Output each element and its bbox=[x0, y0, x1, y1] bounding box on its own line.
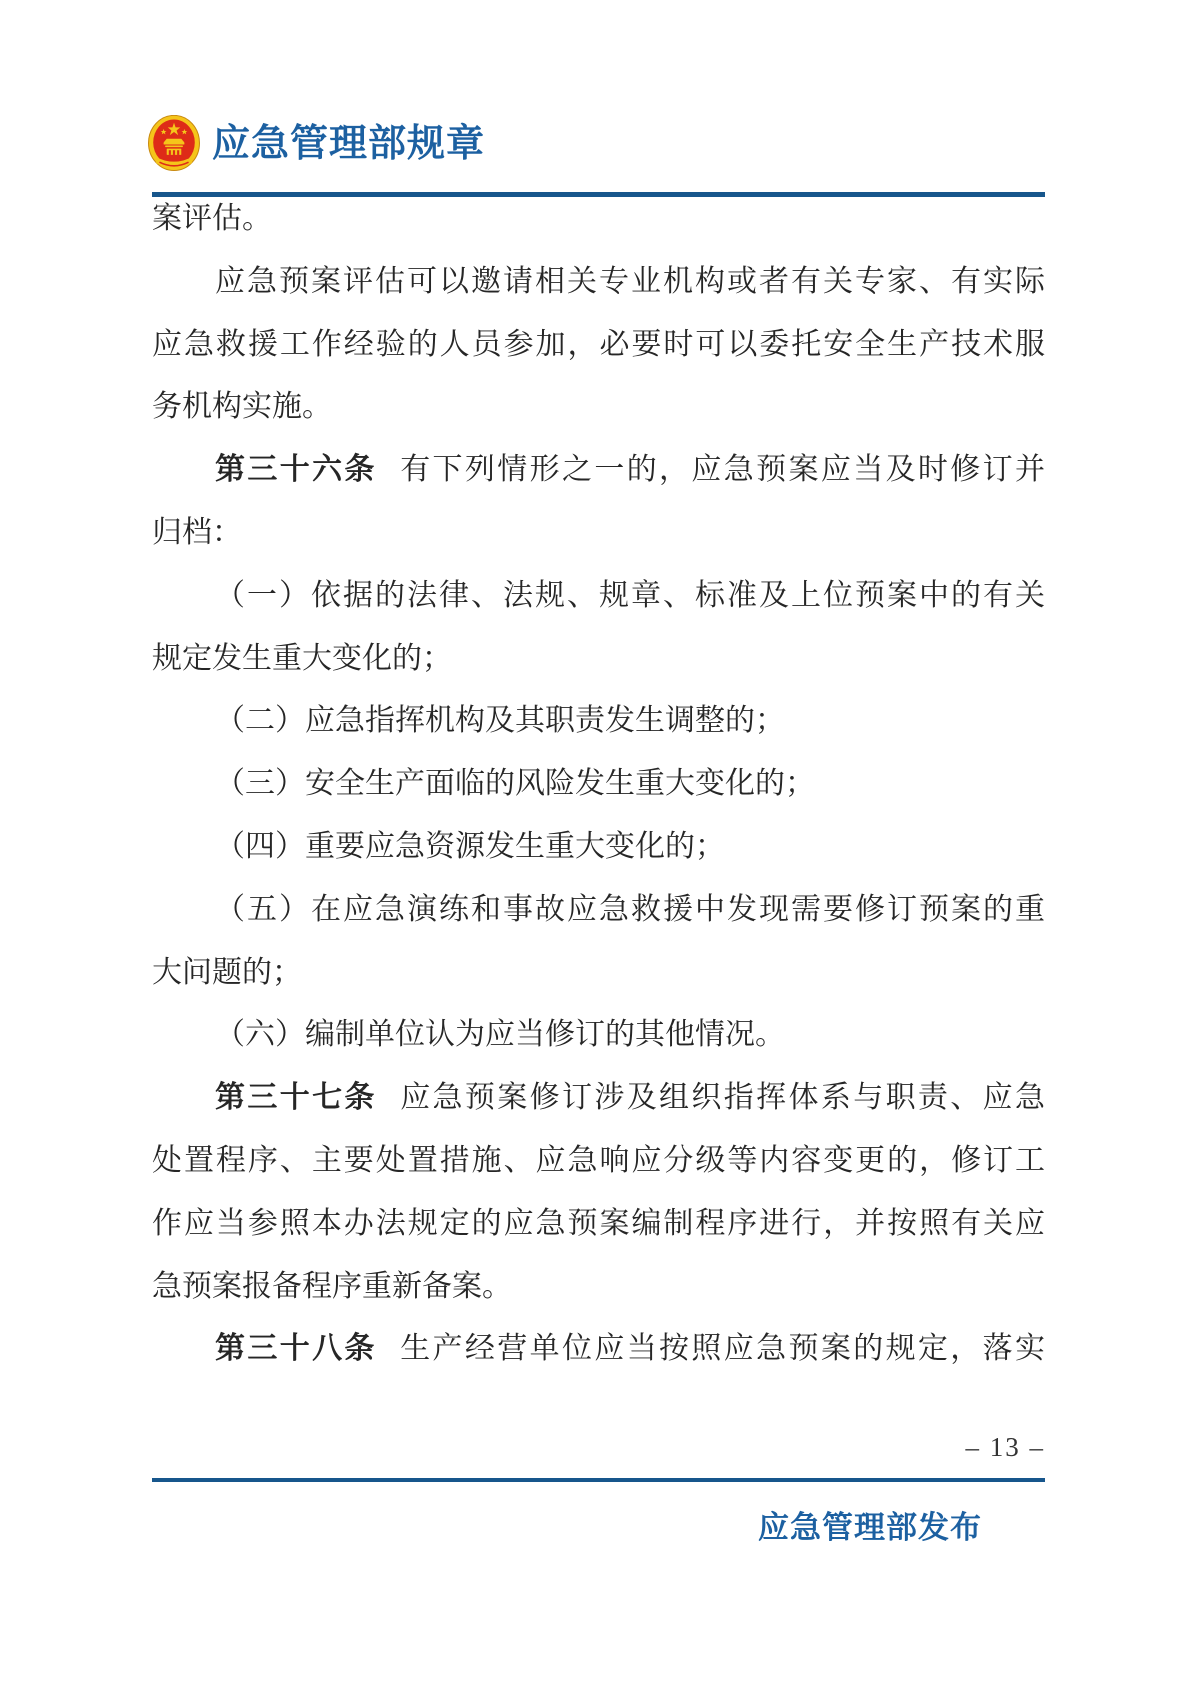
body-line-text: 应急预案评估可以邀请相关专业机构或者有关专家、有实际 bbox=[215, 265, 1045, 298]
document-page: 应急管理部规章 案评估。应急预案评估可以邀请相关专业机构或者有关专家、有实际应急… bbox=[0, 0, 1190, 1683]
body-line: 急预案报备程序重新备案。 bbox=[152, 1256, 1045, 1319]
body-line: （六）编制单位认为应当修订的其他情况。 bbox=[152, 1004, 1045, 1067]
body-line: 归档： bbox=[152, 502, 1045, 565]
page-header: 应急管理部规章 bbox=[148, 114, 485, 174]
body-line: 处置程序、主要处置措施、应急响应分级等内容变更的，修订工 bbox=[152, 1130, 1045, 1193]
footer-divider bbox=[152, 1478, 1045, 1482]
body-line: 大问题的； bbox=[152, 942, 1045, 1005]
body-line: （五）在应急演练和事故应急救援中发现需要修订预案的重 bbox=[152, 879, 1045, 942]
body-line: （四）重要应急资源发生重大变化的； bbox=[152, 816, 1045, 879]
body-line-text: （六）编制单位认为应当修订的其他情况。 bbox=[215, 1018, 785, 1051]
body-line: 应急救援工作经验的人员参加，必要时可以委托安全生产技术服 bbox=[152, 314, 1045, 377]
body-line-text: 有下列情形之一的，应急预案应当及时修订并 bbox=[400, 453, 1045, 486]
body-line: 应急预案评估可以邀请相关专业机构或者有关专家、有实际 bbox=[152, 251, 1045, 314]
body-line-text: 大问题的； bbox=[152, 956, 302, 989]
national-emblem-icon bbox=[148, 115, 200, 173]
document-body: 案评估。应急预案评估可以邀请相关专业机构或者有关专家、有实际应急救援工作经验的人… bbox=[152, 188, 1045, 1381]
body-line: 案评估。 bbox=[152, 188, 1045, 251]
page-title: 应急管理部规章 bbox=[212, 115, 485, 173]
body-line-text: 务机构实施。 bbox=[152, 390, 332, 423]
article-number: 第三十七条 bbox=[215, 1081, 377, 1114]
page-number: – 13 – bbox=[152, 1432, 1045, 1463]
body-line: （三）安全生产面临的风险发生重大变化的； bbox=[152, 753, 1045, 816]
body-line: （一）依据的法律、法规、规章、标准及上位预案中的有关 bbox=[152, 565, 1045, 628]
article-number: 第三十六条 bbox=[215, 453, 377, 486]
body-line: 规定发生重大变化的； bbox=[152, 628, 1045, 691]
body-line-text: 处置程序、主要处置措施、应急响应分级等内容变更的，修订工 bbox=[152, 1144, 1045, 1177]
body-line-text: （二）应急指挥机构及其职责发生调整的； bbox=[215, 704, 785, 737]
body-line: 第三十六条有下列情形之一的，应急预案应当及时修订并 bbox=[152, 439, 1045, 502]
body-line-text: 急预案报备程序重新备案。 bbox=[152, 1270, 512, 1303]
article-number: 第三十八条 bbox=[215, 1332, 377, 1365]
body-line-text: 规定发生重大变化的； bbox=[152, 642, 452, 675]
body-line-text: 应急救援工作经验的人员参加，必要时可以委托安全生产技术服 bbox=[152, 328, 1045, 361]
body-line-text: （一）依据的法律、法规、规章、标准及上位预案中的有关 bbox=[215, 579, 1045, 612]
body-line: 作应当参照本办法规定的应急预案编制程序进行，并按照有关应 bbox=[152, 1193, 1045, 1256]
body-line: （二）应急指挥机构及其职责发生调整的； bbox=[152, 690, 1045, 753]
body-line: 第三十七条应急预案修订涉及组织指挥体系与职责、应急 bbox=[152, 1067, 1045, 1130]
body-line-text: 生产经营单位应当按照应急预案的规定，落实 bbox=[400, 1332, 1045, 1365]
body-line-text: 案评估。 bbox=[152, 202, 272, 235]
body-line-text: 归档： bbox=[152, 516, 242, 549]
publisher-label: 应急管理部发布 bbox=[152, 1502, 982, 1547]
body-line-text: 应急预案修订涉及组织指挥体系与职责、应急 bbox=[400, 1081, 1045, 1114]
body-line: 第三十八条生产经营单位应当按照应急预案的规定，落实 bbox=[152, 1318, 1045, 1381]
body-line-text: （三）安全生产面临的风险发生重大变化的； bbox=[215, 767, 815, 800]
body-line-text: 作应当参照本办法规定的应急预案编制程序进行，并按照有关应 bbox=[152, 1207, 1045, 1240]
body-line-text: （五）在应急演练和事故应急救援中发现需要修订预案的重 bbox=[215, 893, 1045, 926]
body-line: 务机构实施。 bbox=[152, 376, 1045, 439]
body-line-text: （四）重要应急资源发生重大变化的； bbox=[215, 830, 725, 863]
